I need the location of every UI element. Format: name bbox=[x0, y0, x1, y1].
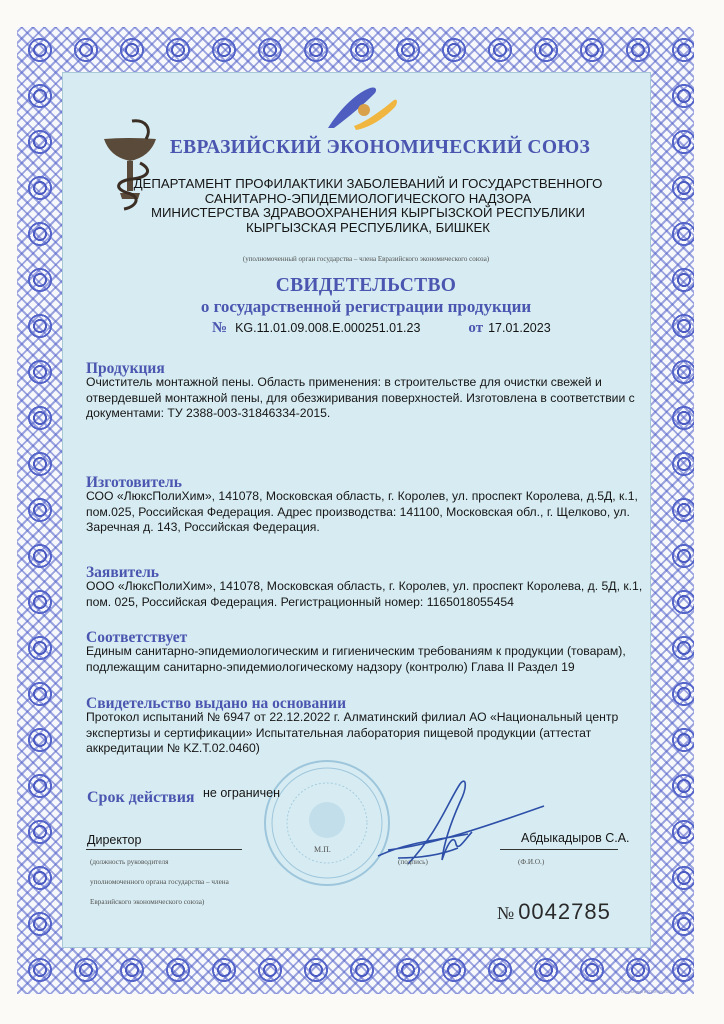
certificate-title: СВИДЕТЕЛЬСТВО bbox=[0, 275, 724, 297]
section-text: ООО «ЛюксПолиХим», 141078, Московская об… bbox=[86, 579, 646, 610]
validity-value: не ограничен bbox=[203, 786, 280, 800]
position-underline bbox=[86, 849, 242, 850]
serial-number: №0042785 bbox=[497, 899, 611, 925]
authority-note: (уполномоченный орган государства – член… bbox=[0, 255, 724, 263]
section-applicant: Заявитель ООО «ЛюксПолиХим», 141078, Мос… bbox=[86, 567, 646, 610]
validity-label: Срок действия bbox=[87, 789, 195, 807]
signature-caption: (подпись) bbox=[398, 852, 428, 872]
eaeu-emblem-icon bbox=[320, 82, 400, 132]
department-line: САНИТАРНО-ЭПИДЕМИОЛОГИЧЕСКОГО НАДЗОРА bbox=[12, 192, 724, 207]
name-underline bbox=[500, 849, 618, 850]
department-name: ДЕПАРТАМЕНТ ПРОФИЛАКТИКИ ЗАБОЛЕВАНИЙ И Г… bbox=[0, 177, 724, 235]
caption-line: уполномоченного органа государства – чле… bbox=[90, 872, 310, 892]
certificate-subtitle: о государственной регистрации продукции bbox=[0, 297, 724, 317]
position-caption: (должность руководителя уполномоченного … bbox=[90, 852, 310, 912]
section-label: Соответствует bbox=[86, 632, 646, 644]
number-sign: № bbox=[212, 320, 227, 336]
certificate-number: KG.11.01.09.008.E.000251.01.23 bbox=[235, 321, 420, 335]
section-label: Продукция bbox=[86, 363, 646, 375]
certificate-number-row: №KG.11.01.09.008.E.000251.01.23от17.01.2… bbox=[212, 320, 551, 337]
section-text: Единым санитарно-эпидемиологическим и ги… bbox=[86, 644, 646, 675]
number-sign: № bbox=[497, 903, 514, 923]
section-product: Продукция Очиститель монтажной пены. Обл… bbox=[86, 363, 646, 422]
serial-value: 0042785 bbox=[518, 899, 611, 924]
stamp-caption: М.П. bbox=[314, 840, 331, 860]
section-text: СОО «ЛюксПолиХим», 141078, Московская об… bbox=[86, 489, 646, 536]
union-title: ЕВРАЗИЙСКИЙ ЭКОНОМИЧЕСКИЙ СОЮЗ bbox=[0, 137, 724, 159]
section-compliance: Соответствует Единым санитарно-эпидемиол… bbox=[86, 632, 646, 675]
department-line: МИНИСТЕРСТВА ЗДРАВООХРАНЕНИЯ КЫРГЫЗСКОЙ … bbox=[12, 206, 724, 221]
section-label: Свидетельство выдано на основании bbox=[86, 698, 646, 710]
certificate-date: 17.01.2023 bbox=[488, 321, 551, 335]
fio-caption: (Ф.И.О.) bbox=[518, 852, 544, 872]
department-line: КЫРГЫЗСКАЯ РЕСПУБЛИКА, БИШКЕК bbox=[12, 221, 724, 236]
print-note: Отпечатано в ГОЗНАК 2022 bbox=[621, 989, 673, 994]
date-label: от bbox=[468, 320, 483, 336]
signatory-name: Абдыкадыров С.А. bbox=[521, 831, 630, 845]
section-basis: Свидетельство выдано на основании Проток… bbox=[86, 698, 646, 757]
section-manufacturer: Изготовитель СОО «ЛюксПолиХим», 141078, … bbox=[86, 477, 646, 536]
department-line: ДЕПАРТАМЕНТ ПРОФИЛАКТИКИ ЗАБОЛЕВАНИЙ И Г… bbox=[12, 177, 724, 192]
section-label: Заявитель bbox=[86, 567, 646, 579]
caption-line: (должность руководителя bbox=[90, 852, 310, 872]
section-text: Протокол испытаний № 6947 от 22.12.2022 … bbox=[86, 710, 646, 757]
section-text: Очиститель монтажной пены. Область приме… bbox=[86, 375, 646, 422]
section-label: Изготовитель bbox=[86, 477, 646, 489]
director-title: Директор bbox=[87, 833, 141, 847]
caption-line: Евразийского экономического союза) bbox=[90, 892, 310, 912]
